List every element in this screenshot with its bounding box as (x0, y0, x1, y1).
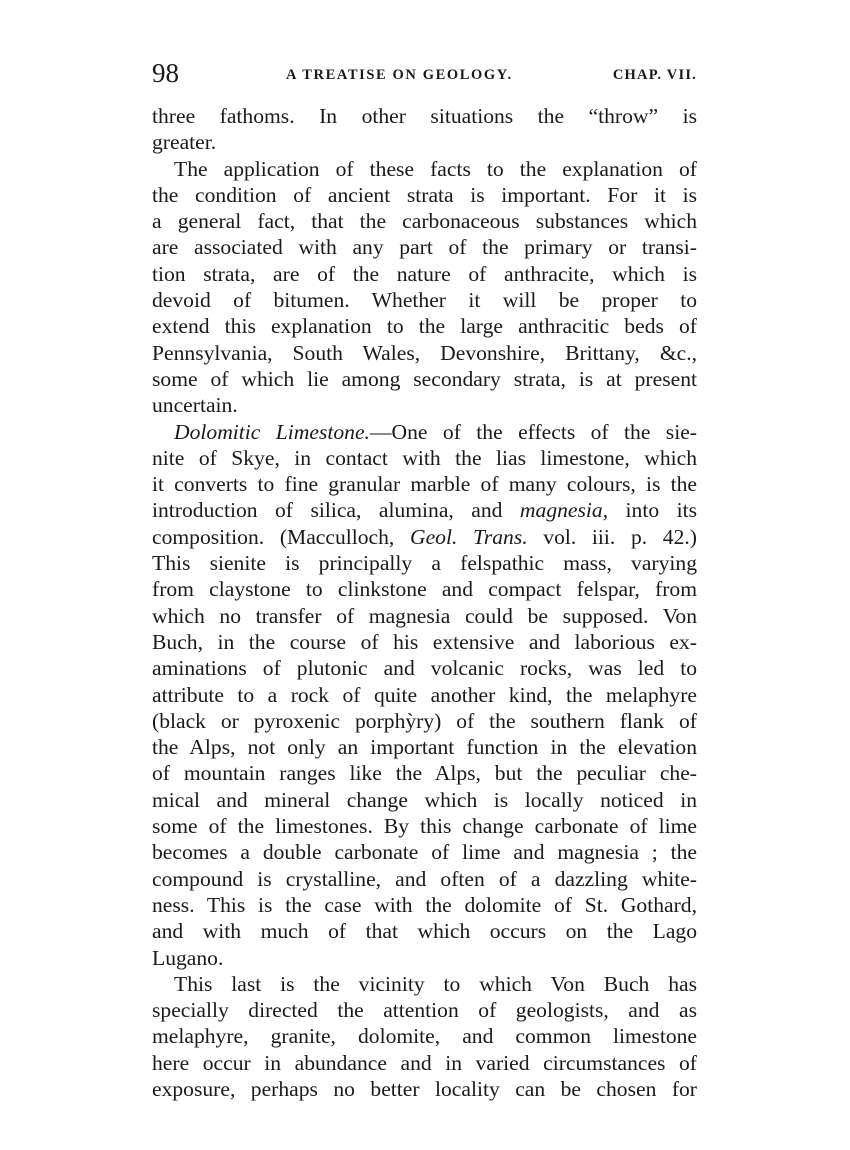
page-header: 98 A TREATISE ON GEOLOGY. CHAP. VII. (152, 58, 697, 88)
text-line: the condition of ancient strata is impor… (152, 182, 697, 208)
text-line: nite of Skye, in contact with the lias l… (152, 445, 697, 471)
text-line: here occur in abundance and in varied ci… (152, 1050, 697, 1076)
text-fragment: composition. (Macculloch, (152, 525, 410, 549)
section-heading-line: Dolomitic Limestone.—One of the effects … (152, 419, 697, 445)
text-line: are associated with any part of the prim… (152, 234, 697, 260)
text-line: a general fact, that the carbonaceous su… (152, 208, 697, 234)
text-line: attribute to a rock of quite another kin… (152, 682, 697, 708)
citation-title: Geol. Trans. (410, 525, 528, 549)
italic-term: magnesia, (520, 498, 608, 522)
text-line: devoid of bitumen. Whether it will be pr… (152, 287, 697, 313)
text-line: extend this explanation to the large ant… (152, 313, 697, 339)
text-line: compound is crystalline, and often of a … (152, 866, 697, 892)
citation-line: composition. (Macculloch, Geol. Trans. v… (152, 524, 697, 550)
page-number: 98 (152, 58, 179, 88)
text-fragment: introduction of silica, alumina, and (152, 498, 520, 522)
section-heading: Dolomitic Limestone. (174, 420, 370, 444)
text-line: This sienite is principally a felspathic… (152, 550, 697, 576)
text-line: mical and mineral change which is locall… (152, 787, 697, 813)
text-line: exposure, perhaps no better locality can… (152, 1076, 697, 1102)
text-line: (black or pyroxenic porphỳry) of the sou… (152, 708, 697, 734)
text-line: aminations of plutonic and volcanic rock… (152, 655, 697, 681)
text-line: Lugano. (152, 945, 697, 971)
text-line: greater. (152, 129, 697, 155)
running-title: A TREATISE ON GEOLOGY. (286, 64, 513, 86)
text-line: uncertain. (152, 392, 697, 418)
text-line: Pennsylvania, South Wales, Devonshire, B… (152, 340, 697, 366)
text-line: some of which lie among secondary strata… (152, 366, 697, 392)
text-line: introduction of silica, alumina, and mag… (152, 497, 697, 523)
paragraph-start-line: The application of these facts to the ex… (152, 156, 697, 182)
text-line: some of the limestones. By this change c… (152, 813, 697, 839)
text-line: ness. This is the case with the dolomite… (152, 892, 697, 918)
chapter-label: CHAP. VII. (613, 64, 697, 86)
body-text: three fathoms. In other situations the “… (152, 103, 697, 1102)
text-line: Buch, in the course of his extensive and… (152, 629, 697, 655)
text-line: it converts to fine granular marble of m… (152, 471, 697, 497)
text-line: three fathoms. In other situations the “… (152, 103, 697, 129)
text-line: tion strata, are of the nature of anthra… (152, 261, 697, 287)
paragraph-start-line: This last is the vicinity to which Von B… (152, 971, 697, 997)
text-line: the Alps, not only an important function… (152, 734, 697, 760)
text-fragment: vol. iii. p. 42.) (528, 525, 697, 549)
text-fragment: into its (608, 498, 697, 522)
text-fragment: —One of the effects of the sie- (370, 420, 697, 444)
text-line: and with much of that which occurs on th… (152, 918, 697, 944)
text-line: which no transfer of magnesia could be s… (152, 603, 697, 629)
text-line: of mountain ranges like the Alps, but th… (152, 760, 697, 786)
text-line: melaphyre, granite, dolomite, and common… (152, 1023, 697, 1049)
text-line: specially directed the attention of geol… (152, 997, 697, 1023)
text-line: from claystone to clinkstone and compact… (152, 576, 697, 602)
text-line: becomes a double carbonate of lime and m… (152, 839, 697, 865)
